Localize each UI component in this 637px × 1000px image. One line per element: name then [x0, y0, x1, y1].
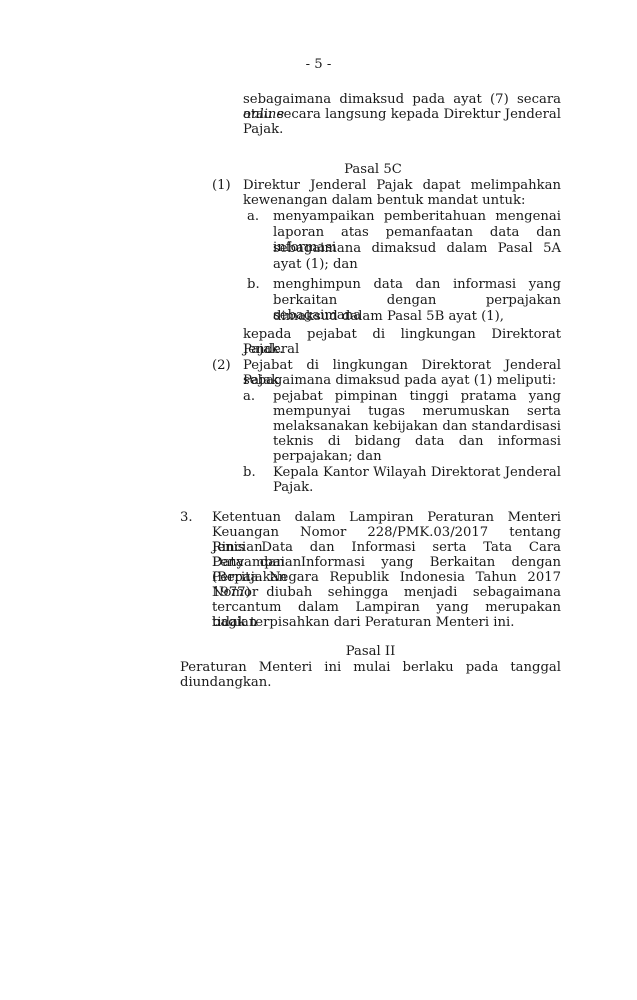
ayat-label: (1): [212, 179, 231, 194]
text-line: Pajak.: [273, 481, 313, 496]
item-label: a.: [247, 210, 259, 225]
text-line: Direktur Jenderal Pajak dapat melimpahka…: [243, 179, 561, 194]
text-line: dimaksud dalam Pasal 5B ayat (1),: [273, 310, 504, 325]
text-line: kewenangan dalam bentuk mandat untuk:: [243, 194, 525, 209]
text-line: sebagaimana dimaksud pada ayat (1) melip…: [243, 374, 556, 389]
text-line: pejabat pimpinan tinggi pratama yang: [273, 390, 561, 405]
text-line: perpajakan; dan: [273, 450, 382, 465]
text-line: sebagaimana dimaksud dalam Pasal 5A: [273, 242, 561, 257]
text-line: 1977) diubah sehingga menjadi sebagaiman…: [212, 586, 561, 601]
text-line: Peraturan Menteri ini mulai berlaku pada…: [180, 661, 561, 676]
text-line: melaksanakan kebijakan dan standardisasi: [273, 420, 561, 435]
text-line: Kepala Kantor Wilayah Direktorat Jendera…: [273, 466, 561, 481]
text-line: menghimpun data dan informasi yang: [273, 278, 561, 293]
item-label: b.: [243, 466, 256, 481]
ayat-label: (2): [212, 359, 231, 374]
item-label: a.: [243, 390, 255, 405]
item-label: b.: [247, 278, 260, 293]
page-number: - 5 -: [0, 58, 637, 73]
text-line: Pajak.: [243, 123, 283, 138]
article-heading-ii: Pasal II: [180, 645, 561, 660]
text-line: ayat (1); dan: [273, 258, 358, 273]
item-number: 3.: [180, 511, 193, 526]
text-line: Ketentuan dalam Lampiran Peraturan Mente…: [212, 511, 561, 526]
text-line: diundangkan.: [180, 676, 271, 691]
text-line: tidak terpisahkan dari Peraturan Menteri…: [212, 616, 514, 631]
article-heading-5c: Pasal 5C: [243, 163, 503, 178]
text-line: teknis di bidang data dan informasi: [273, 435, 561, 450]
text-line: kepada pejabat di lingkungan Direktorat …: [243, 328, 561, 357]
text-line: mempunyai tugas merumuskan serta: [273, 405, 561, 420]
text-line: atau secara langsung kepada Direktur Jen…: [243, 108, 561, 123]
text-line: menyampaikan pemberitahuan mengenai: [273, 210, 561, 225]
text-line: Pajak.: [243, 343, 283, 358]
